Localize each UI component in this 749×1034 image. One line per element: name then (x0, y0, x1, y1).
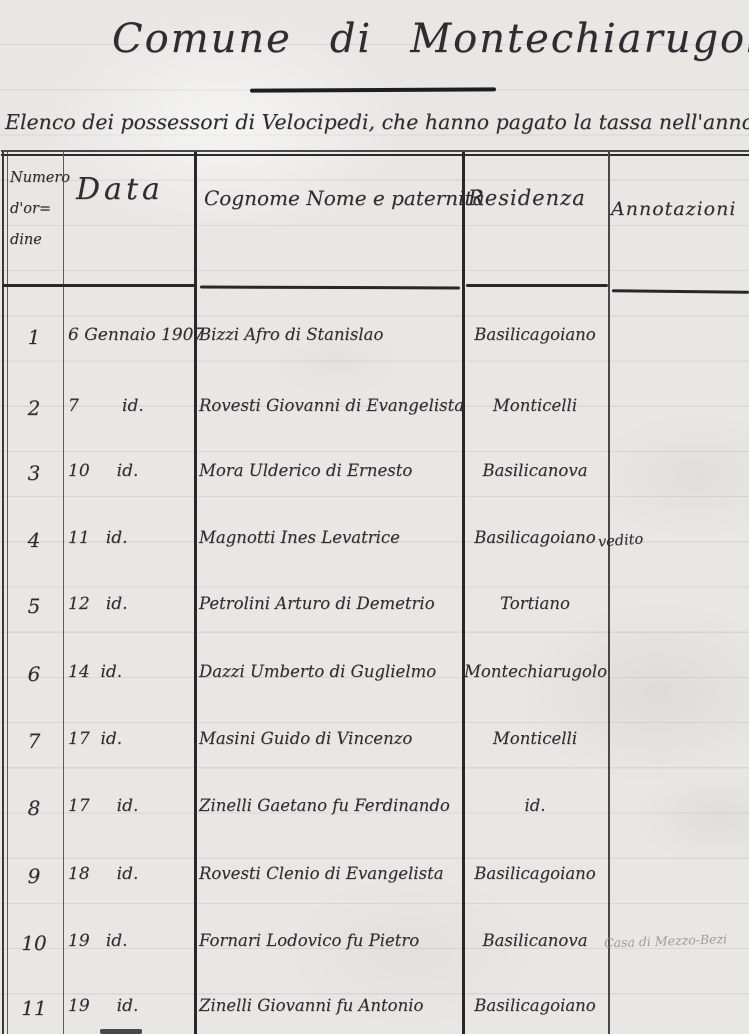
date-cell: 6 Gennaio 1907 (68, 325, 194, 345)
date-cell: 12 id. (68, 594, 194, 614)
date-cell: 7 id. (68, 396, 194, 416)
row-number-cell: 1 (8, 325, 60, 349)
residence-cell: Basilicagoiano (464, 325, 606, 344)
table-row: 6 14 id. Dazzi Umberto di Guglielmo Mont… (0, 662, 749, 708)
header-line: dine (10, 225, 62, 256)
header-line: d'or= (10, 194, 62, 225)
scan-artifact (100, 1029, 142, 1034)
row-number-cell: 9 (8, 864, 60, 888)
table-row: 5 12 id. Petrolini Arturo di Demetrio To… (0, 594, 749, 640)
name-cell: Rovesti Giovanni di Evangelista (199, 396, 461, 415)
title-word: Montechiarugolo (410, 16, 749, 62)
residence-cell: Monticelli (464, 396, 606, 415)
column-header-numero: Numero d'or= dine (10, 163, 62, 256)
register-page: Comune di Montechiarugolo Elenco dei pos… (0, 0, 749, 1034)
row-number-cell: 5 (8, 594, 60, 618)
table-row: 3 10 id. Mora Ulderico di Ernesto Basili… (0, 461, 749, 507)
name-cell: Fornari Lodovico fu Pietro (199, 931, 461, 950)
row-number-cell: 10 (8, 931, 60, 955)
column-header-annotazioni: Annotazioni (611, 198, 736, 220)
column-header-cognome: Cognome Nome e paternità (204, 186, 460, 210)
date-cell: 17 id. (68, 796, 194, 816)
date-cell: 11 id. (68, 528, 194, 548)
row-number-cell: 2 (8, 396, 60, 420)
residence-cell: Basilicagoiano (464, 996, 606, 1015)
name-cell: Zinelli Gaetano fu Ferdinando (199, 796, 461, 815)
header-line: Numero (10, 163, 62, 194)
date-cell: 19 id. (68, 996, 194, 1016)
table-row: 9 18 id. Rovesti Clenio di Evangelista B… (0, 864, 749, 910)
title-word: Comune (112, 16, 292, 62)
table-top-border (1, 154, 749, 156)
residence-cell: Basilicagoiano (464, 528, 606, 547)
residence-cell: Basilicanova (464, 461, 606, 480)
residence-cell: Tortiano (464, 594, 606, 613)
header-bottom-rule (200, 286, 460, 290)
date-cell: 17 id. (68, 729, 194, 749)
row-number-cell: 3 (8, 461, 60, 485)
table-row: 1 6 Gennaio 1907 Bizzi Afro di Stanislao… (0, 325, 749, 371)
name-cell: Zinelli Giovanni fu Antonio (199, 996, 461, 1015)
name-cell: Dazzi Umberto di Guglielmo (199, 662, 461, 681)
header-bottom-rule (466, 284, 608, 287)
date-cell: 14 id. (68, 662, 194, 682)
residence-cell: Monticelli (464, 729, 606, 748)
row-number-cell: 7 (8, 729, 60, 753)
row-number-cell: 8 (8, 796, 60, 820)
date-cell: 10 id. (68, 461, 194, 481)
row-number-cell: 4 (8, 528, 60, 552)
table-top-border (1, 150, 749, 152)
title-word: di (330, 16, 372, 62)
header-bottom-rule (612, 289, 749, 293)
residence-cell: id. (464, 796, 606, 815)
residence-cell: Basilicanova (464, 931, 606, 950)
table-row: 2 7 id. Rovesti Giovanni di Evangelista … (0, 396, 749, 442)
column-header-residenza: Residenza (468, 186, 586, 210)
annotation-ink-note: vedito (597, 531, 643, 550)
column-header-data: Data (76, 172, 164, 207)
row-number-cell: 11 (8, 996, 60, 1020)
subtitle-text: Elenco dei possessori di Velocipedi, che… (5, 110, 749, 134)
residence-cell: Basilicagoiano (464, 864, 606, 883)
name-cell: Petrolini Arturo di Demetrio (199, 594, 461, 613)
page-subtitle: Elenco dei possessori di Velocipedi, che… (5, 98, 749, 137)
date-cell: 19 id. (68, 931, 194, 951)
date-cell: 18 id. (68, 864, 194, 884)
name-cell: Mora Ulderico di Ernesto (199, 461, 461, 480)
table-row: 8 17 id. Zinelli Gaetano fu Ferdinando i… (0, 796, 749, 842)
name-cell: Rovesti Clenio di Evangelista (199, 864, 461, 883)
table-row: 7 17 id. Masini Guido di Vincenzo Montic… (0, 729, 749, 775)
page-title: Comune di Montechiarugolo (112, 16, 672, 62)
header-bottom-rule (2, 284, 195, 287)
title-underline (250, 87, 496, 92)
name-cell: Masini Guido di Vincenzo (199, 729, 461, 748)
name-cell: Bizzi Afro di Stanislao (199, 325, 461, 344)
name-cell: Magnotti Ines Levatrice (199, 528, 461, 547)
row-number-cell: 6 (8, 662, 60, 686)
residence-cell: Montechiarugolo (464, 662, 606, 681)
